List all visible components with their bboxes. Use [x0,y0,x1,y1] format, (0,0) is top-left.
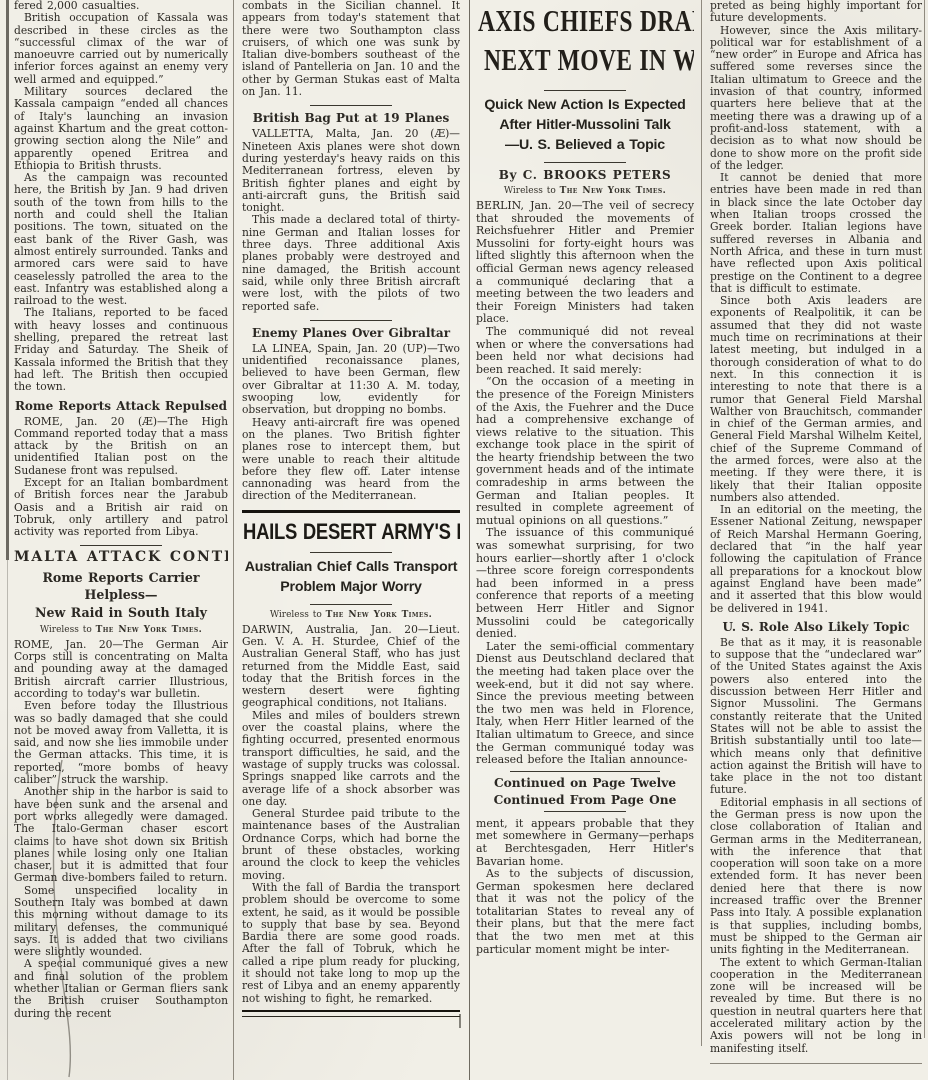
column-rule [701,0,702,1046]
subhead-us-role-likely-topic: U. S. Role Also Likely Topic [710,620,922,634]
column-rule [469,0,470,1080]
section-rule [310,105,392,106]
deck-line: Problem Major Worry [242,578,460,597]
article-paragraph: In an editorial on the meeting, the Esse… [710,504,922,615]
article-paragraph: BERLIN, Jan. 20—The veil of secrecy that… [476,200,694,326]
section-rule [510,771,660,772]
article-paragraph: Editorial emphasis in all sections of th… [710,797,922,957]
section-rule [310,320,392,321]
story-end-rule [710,1063,922,1064]
article-paragraph: As to the subjects of discussion, German… [476,868,694,956]
article-paragraph: A special communiqué gives a new and fin… [14,958,228,1019]
article-paragraph: However, since the Axis military-politic… [710,25,922,173]
article-paragraph: The Italians, reported to be faced with … [14,307,228,393]
article-paragraph: British occupation of Kassala was descri… [14,12,228,86]
continued-on-line: Continued on Page Twelve [476,775,694,791]
column-4: preted as being highly important for fut… [710,0,922,1080]
dateline-paper: The New York Times. [96,625,203,635]
section-rule [544,162,626,163]
byline: By C. BROOKS PETERS [476,168,694,182]
article-paragraph: Except for an Italian bombardment of Bri… [14,477,228,538]
dateline-wireless: Wireless to The New York Times. [476,186,694,197]
headline-axis-chiefs-draft: AXIS CHIEFS DRAFT [478,2,642,39]
article-paragraph: The communiqué did not reveal when or wh… [476,326,694,376]
article-paragraph: Be that as it may, it is reasonable to s… [710,637,922,797]
article-paragraph: With the fall of Bardia the transport pr… [242,882,460,1005]
deck-line: Australian Chief Calls Transport [242,558,460,577]
deck-line: New Raid in South Italy [14,604,228,621]
story-hails-desert-armys-feat: HAILS DESERT ARMY'S FEAT Australian Chie… [242,510,460,1017]
subhead-british-bag-19-planes: British Bag Put at 19 Planes [242,111,460,125]
article-paragraph: ment, it appears probable that they met … [476,818,694,868]
dateline-prefix: Wireless to [504,186,556,196]
dateline-prefix: Wireless to [40,625,92,635]
column-rule [233,0,234,1080]
dateline-paper: The New York Times. [326,610,433,620]
article-paragraph: The extent to which German-Italian coope… [710,957,922,1055]
scan-edge-artifact [7,560,8,1080]
headline-hails-desert-armys-feat: HAILS DESERT ARMY'S FEAT [243,519,421,545]
article-paragraph: ROME, Jan. 20 (Æ)—The High Command repor… [14,416,228,477]
column-rule [924,0,925,1038]
dateline-paper: The New York Times. [560,186,667,196]
article-paragraph: LA LINEA, Spain, Jan. 20 (UP)—Two uniden… [242,343,460,417]
article-paragraph: ROME, Jan. 20—The German Air Corps still… [14,639,228,700]
article-paragraph: It cannot be denied that more entries ha… [710,172,922,295]
newspaper-page: fered 2,000 casualties. British occupati… [0,0,928,1080]
section-rule [544,90,626,91]
article-paragraph: Later the semi-official commentary Diens… [476,641,694,767]
article-paragraph: As the campaign was recounted here, the … [14,172,228,307]
section-rule [310,552,392,553]
column-3: AXIS CHIEFS DRAFT NEXT MOVE IN WAR Quick… [476,0,694,1080]
article-paragraph: “On the occasion of a meeting in the pre… [476,376,694,527]
column-2: combats in the Sicilian channel. It appe… [242,0,460,1080]
article-paragraph: DARWIN, Australia, Jan. 20—Lieut. Gen. V… [242,624,460,710]
deck-line: —U. S. Believed a Topic [476,136,694,155]
article-paragraph: Some unspecified locality in Southern It… [14,885,228,959]
article-paragraph: VALLETTA, Malta, Jan. 20 (Æ)—Nineteen Ax… [242,128,460,214]
dateline-wireless: Wireless to The New York Times. [14,625,228,636]
column-1: fered 2,000 casualties. British occupati… [14,0,228,1080]
deck-line: Rome Reports Carrier Helpless— [14,569,228,603]
article-paragraph: Even before today the Illustrious was so… [14,700,228,786]
headline-malta-attack-continues: MALTA ATTACK CONTINUES [14,551,228,563]
article-paragraph: Miles and miles of boulders strewn over … [242,710,460,808]
article-paragraph: preted as being highly important for fut… [710,0,922,25]
article-paragraph: Another ship in the harbor is said to ha… [14,786,228,884]
deck-line: After Hitler-Mussolini Talk [476,116,694,135]
section-rule [310,604,392,605]
dateline-wireless: Wireless to The New York Times. [242,610,460,621]
deck-line: Quick New Action Is Expected [476,96,694,115]
article-paragraph: Heavy anti-aircraft fire was opened on t… [242,417,460,503]
section-rule [80,545,162,546]
subhead-enemy-planes-gibraltar: Enemy Planes Over Gibraltar [242,326,460,340]
section-rule [544,811,626,812]
article-paragraph: Military sources declared the Kassala ca… [14,86,228,172]
subhead-rome-reports-attack-repulsed: Rome Reports Attack Repulsed [14,399,228,413]
article-paragraph: General Sturdee paid tribute to the main… [242,808,460,882]
headline-next-move-in-war: NEXT MOVE IN WAR [484,41,644,78]
article-paragraph: Since both Axis leaders are exponents of… [710,295,922,504]
continued-from-line: Continued From Page One [476,792,694,808]
story-end-rule [242,1010,460,1017]
dateline-prefix: Wireless to [270,610,322,620]
article-paragraph: combats in the Sicilian channel. It appe… [242,0,460,98]
article-paragraph: The issuance of this communiqué was some… [476,527,694,640]
article-paragraph: This made a declared total of thirty-nin… [242,214,460,312]
scan-edge-artifact [6,0,9,560]
